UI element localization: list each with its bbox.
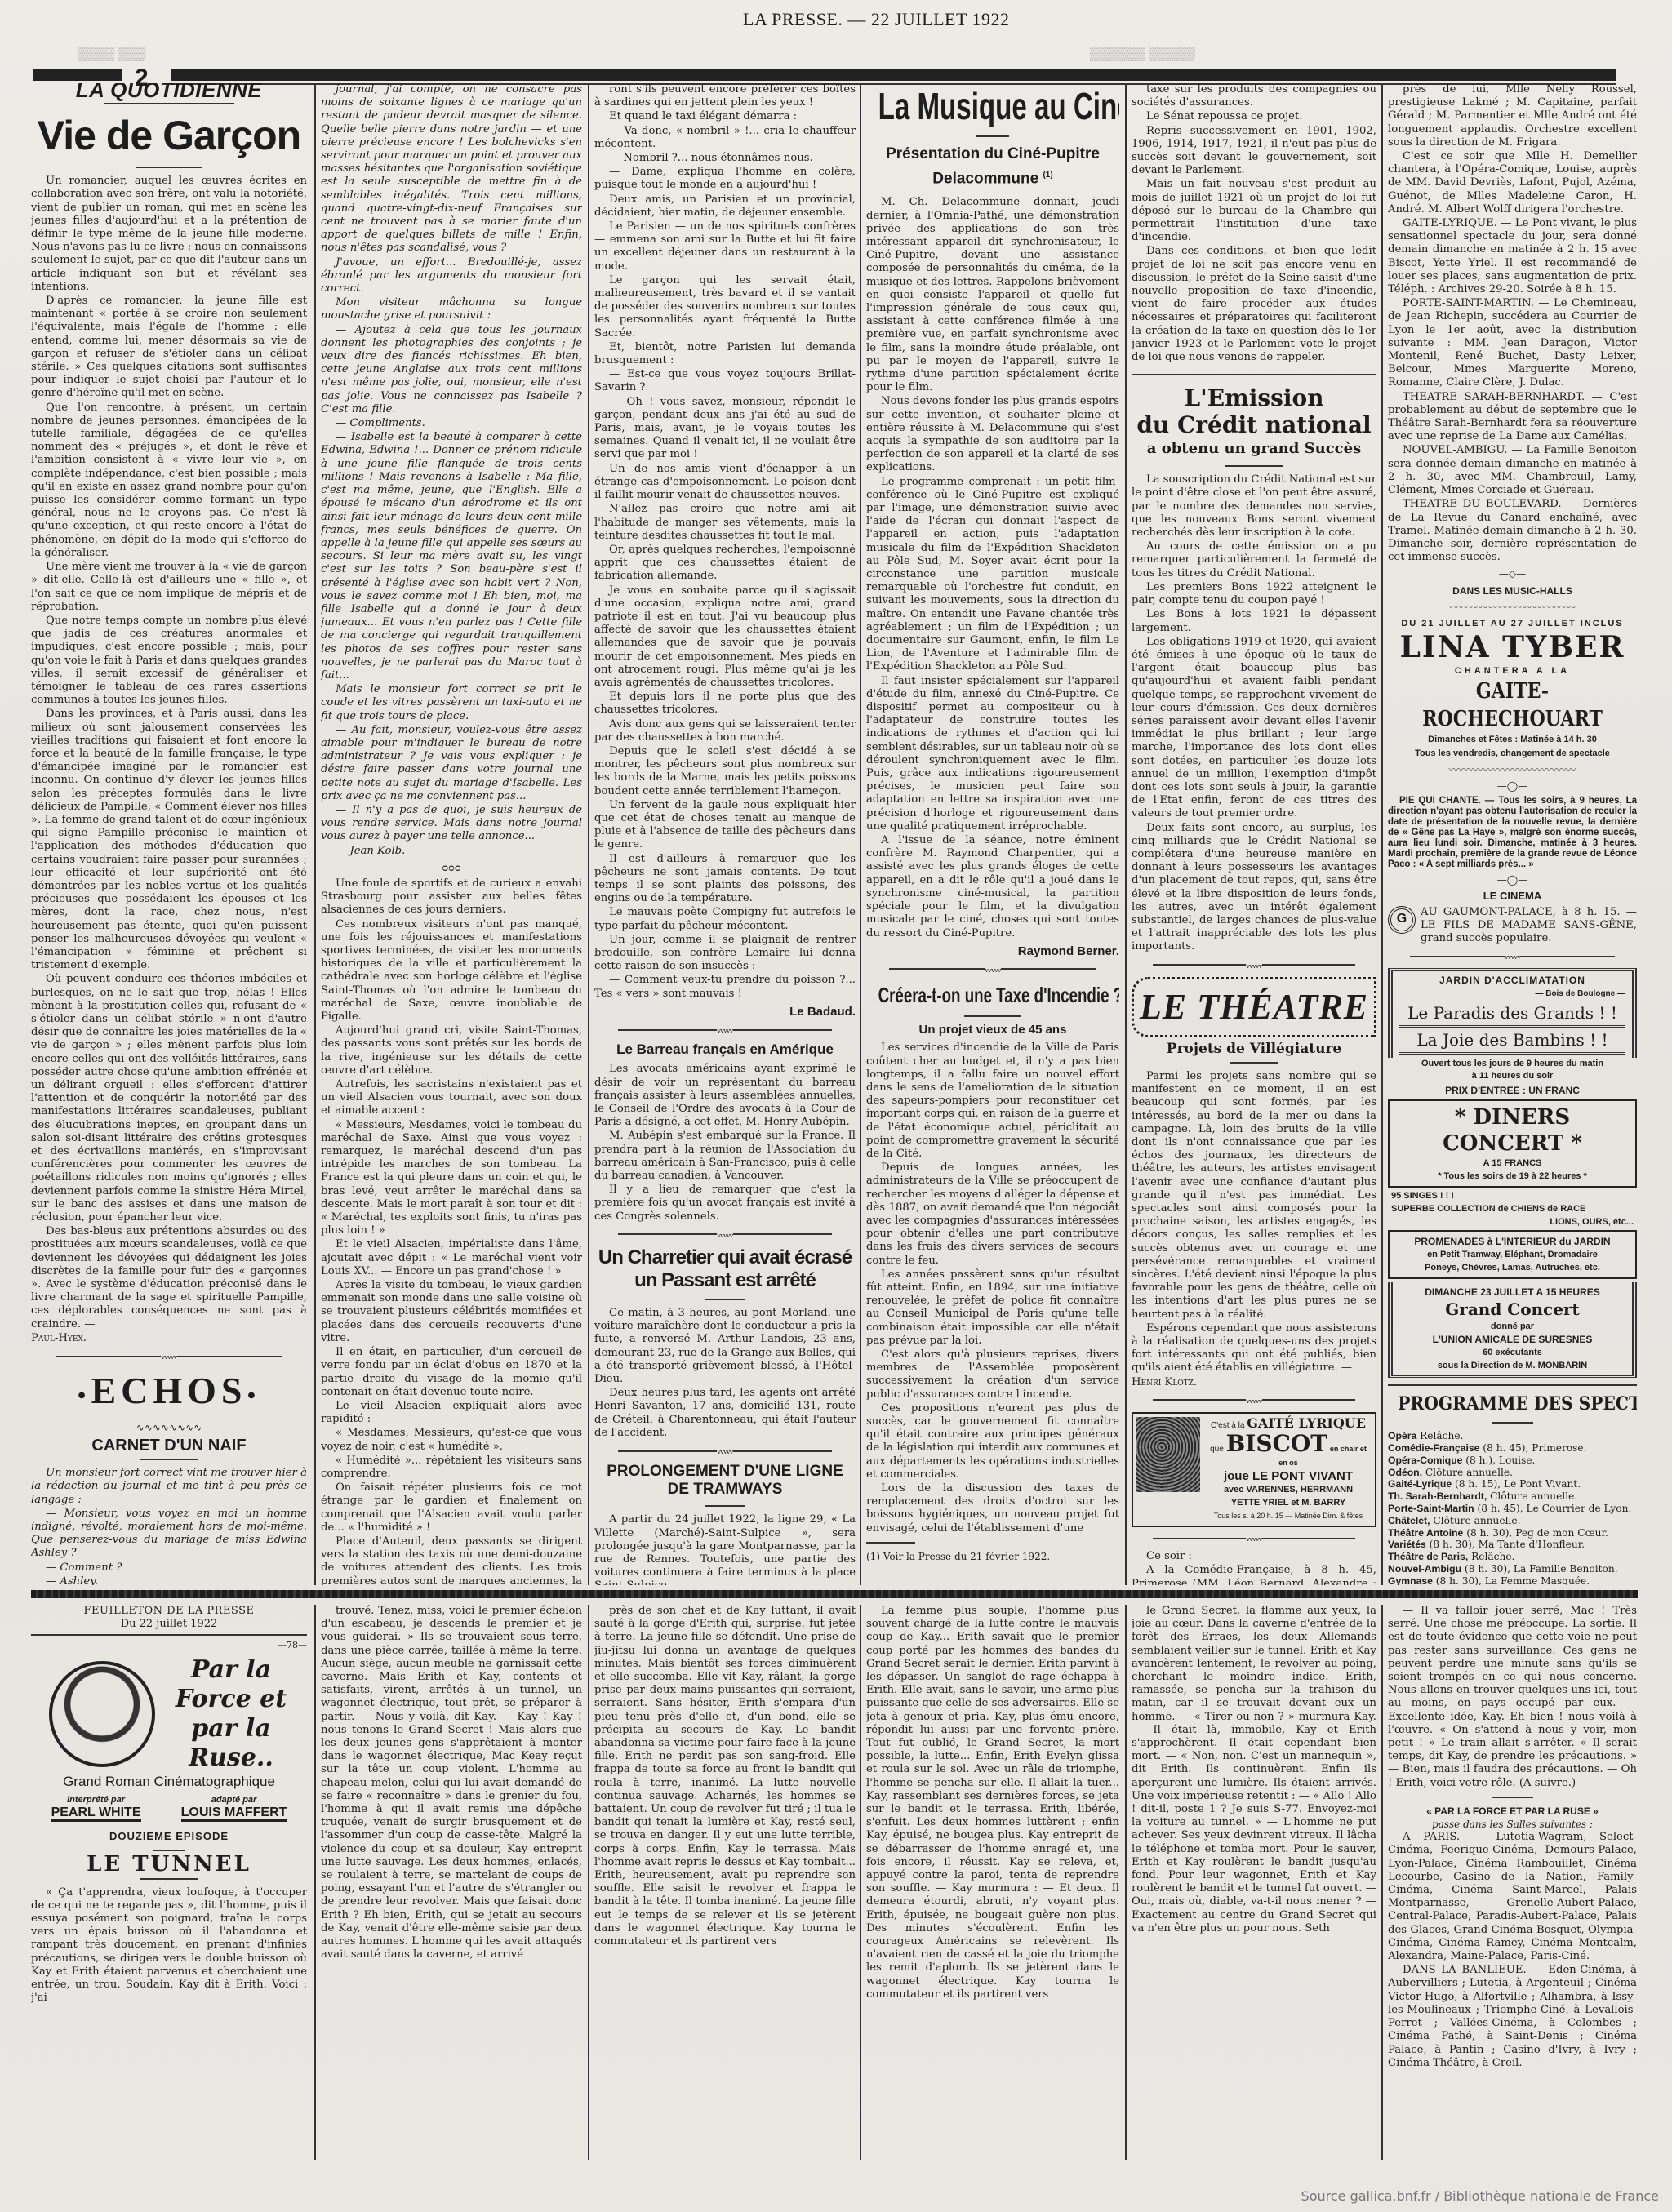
paragraph: Repris successivement en 1901, 1902, 190… <box>1132 125 1376 178</box>
column-4: La Musique au Cinéma Présentation du Cin… <box>866 83 1119 1585</box>
programme-info: (8 h. 30), Ma Tante d'Honfleur. <box>1426 1539 1585 1550</box>
programme-venue: Th. Sarah-Bernhardt, <box>1388 1490 1487 1502</box>
programme-info: (8 h. 45), Le Courrier de Lyon. <box>1474 1503 1632 1514</box>
newspaper-page: 2 LA PRESSE. — 22 JUILLET 1922 ▒▒▒▒ ▒▒▒ … <box>0 0 1672 2212</box>
programme-list: Opéra Relâche.Comédie-Française (8 h. 45… <box>1388 1430 1637 1585</box>
grand-concert-box: DIMANCHE 23 JUILLET A 15 HEURES Grand Co… <box>1388 1282 1637 1378</box>
echos-subtitle: CARNET D'UN NAIF <box>31 1439 307 1452</box>
paragraph: Ce matin, à 3 heures, au pont Morland, u… <box>594 1307 856 1386</box>
paragraph: D'après ce romancier, la jeune fille est… <box>31 295 307 401</box>
paragraph: M. Aubépin s'est embarqué sur la France.… <box>594 1130 856 1183</box>
ornament-divider: ᵥᵥᵥᵥᵥ <box>31 1350 307 1363</box>
section-rule <box>1132 374 1376 375</box>
programme-venue: Comédie-Française <box>1388 1442 1479 1454</box>
concert-title: Grand Concert <box>1396 1299 1629 1320</box>
paragraph: Mon visiteur mâchonna sa longue moustach… <box>321 296 582 322</box>
column-divider <box>588 83 589 1585</box>
paragraph: GAITE-LYRIQUE. — Le Pont vivant, le plus… <box>1388 217 1637 296</box>
ce-soir-listings: Ce soir :A la Comédie-Française, à 8 h. … <box>1132 1550 1376 1585</box>
paragraph: — Oh ! vous savez, monsieur, répondit le… <box>594 396 856 462</box>
title-underline <box>1225 465 1283 467</box>
theatre-news: près de lui, Mlle Nelly Roussel, prestig… <box>1388 83 1637 564</box>
column-2: journal, j'ai compté, on ne consacre pas… <box>321 83 582 1585</box>
programme-entry: Odéon, Clôture annuelle. <box>1388 1467 1637 1479</box>
paragraph: — Comment ? <box>31 1561 307 1575</box>
subtitle-text: Présentation du Ciné-Pupitre Delacommune <box>886 145 1100 187</box>
ornament-divider: ᵥᵥᵥᵥᵥ <box>1132 1394 1376 1407</box>
paragraph: Un de nos amis vient d'échapper à un étr… <box>594 463 856 503</box>
paragraph: Et le vieil Alsacien, impérialiste dans … <box>321 1238 582 1278</box>
paragraph: — Au fait, monsieur, voulez-vous être as… <box>321 724 582 803</box>
ad-title: JARDIN D'ACCLIMATATION <box>1399 974 1625 987</box>
paragraph: — Monsieur, vous voyez en moi un homme i… <box>31 1508 307 1561</box>
credit-label: adapté par <box>181 1793 287 1806</box>
article-subtitle-credit: a obtenu un grand Succès <box>1132 439 1376 459</box>
promenades-line: en Petit Tramway, Eléphant, Dromadaire <box>1393 1248 1632 1261</box>
echos-column-3: ront s'ils peuvent encore préférer ces b… <box>594 83 856 1001</box>
paragraph: Il est d'ailleurs à remarquer que les pê… <box>594 853 856 906</box>
paragraph: Dans ces conditions, et bien que ledit p… <box>1132 245 1376 364</box>
title-underline <box>140 1878 198 1880</box>
paragraph: Et quand le taxi élégant démarra : <box>594 110 856 123</box>
programme-entry: Opéra-Comique (8 h.), Louise. <box>1388 1455 1637 1467</box>
paragraph: Il en était, en particulier, d'un cercue… <box>321 1346 582 1399</box>
ad-venue: GAITÉ LYRIQUE <box>1247 1415 1366 1431</box>
ad-slogan: Le Paradis des Grands ! ! <box>1399 1001 1625 1028</box>
feuilleton-title-line-1: Par la Force et <box>155 1655 307 1714</box>
feuilleton-column-1: FEUILLETON DE LA PRESSE Du 22 juillet 19… <box>31 1605 307 2176</box>
library-stamp-right: ▒▒▒▒▒▒ ▒▒▒▒▒ <box>1090 47 1195 62</box>
paragraph: Ces propositions n'eurent pas plus de su… <box>866 1402 1119 1481</box>
article-title-charretier: Un Charretier qui avait écrasé un Passan… <box>594 1246 856 1292</box>
paragraph: Le vieil Alsacien expliquait alors avec … <box>321 1400 582 1426</box>
paragraph: taxe sur les produits des compagnies ou … <box>1132 83 1376 109</box>
feuilleton-column-3: près de son chef et de Kay luttant, il a… <box>594 1605 856 2160</box>
ad-text: joue <box>1224 1469 1249 1483</box>
paragraph: — Dame, expliqua l'homme en colère, puis… <box>594 166 856 192</box>
cinema-text: AU GAUMONT-PALACE, à 8 h. 15. — LE FILS … <box>1421 906 1637 944</box>
subtitle-underline <box>140 1459 198 1460</box>
paragraph: On faisait répéter plusieurs fois ce mot… <box>321 1481 582 1535</box>
promenades-box: PROMENADES à L'INTERIEUR du JARDIN en Pe… <box>1388 1230 1637 1279</box>
paragraph: Place d'Auteuil, deux passants se dirige… <box>321 1535 582 1585</box>
notice-lead: PIE QUI CHANTE. <box>1399 796 1481 806</box>
programme-venue: Châtelet, <box>1388 1515 1430 1526</box>
article-author: Paul-Hyex. <box>31 1332 307 1345</box>
programme-info: Clôture annuelle. <box>1430 1515 1520 1526</box>
paragraph: Dans les provinces, et à Paris aussi, da… <box>31 708 307 972</box>
paragraph: Un jour, comme il se plaignait de rentre… <box>594 934 856 974</box>
adapter-name: LOUIS MAFFERT <box>181 1806 287 1822</box>
paragraph: Le programme comprenait : un petit film-… <box>866 476 1119 674</box>
paragraph: — Il n'y a pas de quoi, je suis heureux … <box>321 804 582 844</box>
feuilleton-date: Du 22 juillet 1922 <box>31 1618 307 1631</box>
feuilleton-column-5: le Grand Secret, la flamme aux yeux, la … <box>1132 1605 1376 2160</box>
episode-title: LE TUNNEL <box>31 1858 307 1871</box>
paragraph: — Va donc, « nombril » !... cria le chau… <box>594 125 856 151</box>
article-title-tramways: PROLONGEMENT D'UNE LIGNE DE TRAMWAYS <box>594 1463 856 1499</box>
paragraph: Deux amis, un Parisien et un provincial,… <box>594 193 856 220</box>
feuilleton-genre: Grand Roman Cinématographique <box>31 1775 307 1788</box>
paragraph: N'allez pas croire que notre ami ait l'h… <box>594 503 856 543</box>
programme-entry: Opéra Relâche. <box>1388 1430 1637 1442</box>
paragraph: — Jean Kolb. <box>321 845 582 858</box>
ad-show: LE PONT VIVANT <box>1252 1469 1353 1483</box>
diners-title: * DINERS CONCERT * <box>1393 1104 1632 1157</box>
paragraph: Le garçon qui les servait était, malheur… <box>594 274 856 340</box>
paragraph: La souscription du Crédit National est s… <box>1132 473 1376 540</box>
paragraph: A la Comédie-Française, à 8 h. 45, Prime… <box>1132 1564 1376 1585</box>
programme-info: (8 h. 30), Peg de mon Cœur. <box>1463 1527 1608 1539</box>
column-divider <box>314 1605 316 2160</box>
title-underline <box>136 167 202 168</box>
cinema-title: LE CINEMA <box>1388 890 1637 903</box>
le-theatre-banner: LE THÉATRE <box>1132 977 1376 1037</box>
article-subtitle-taxe: Un projet vieux de 45 ans <box>866 1024 1119 1037</box>
biscot-advertisement: C'est à la GAITÉ LYRIQUE que BISCOT en c… <box>1132 1412 1376 1527</box>
jardin-acclimatation-advertisement: JARDIN D'ACCLIMATATION — Bois de Boulogn… <box>1388 968 1637 1057</box>
ad-line: SUPERBE COLLECTION de CHIENS de RACE <box>1391 1202 1634 1215</box>
paragraph: « Mesdames, Messieurs, qu'est-ce que vou… <box>321 1427 582 1453</box>
paragraph: — Isabelle est la beauté à comparer à ce… <box>321 431 582 682</box>
paragraph: NOUVEL-AMBIGU. — La Famille Benoiton ser… <box>1388 444 1637 497</box>
paragraph: journal, j'ai compté, on ne consacre pas… <box>321 83 582 255</box>
ruse-banlieue-list: DANS LA BANLIEUE. — Eden-Cinéma, à Auber… <box>1388 1964 1637 2070</box>
paragraph: Les Bons à lots 1921 le dépassent largem… <box>1132 608 1376 634</box>
concert-date: DIMANCHE 23 JUILLET A 15 HEURES <box>1396 1286 1629 1299</box>
ad-cast: YETTE YRIEL et M. BARRY <box>1205 1496 1372 1509</box>
footnote: (1) Voir la Presse du 21 février 1922. <box>866 1550 1119 1563</box>
article-body-musique-cinema: M. Ch. Delacommune donnait, jeudi dernie… <box>866 196 1119 939</box>
ornament-divider: ᵥᵥᵥᵥᵥ <box>1132 959 1376 972</box>
article-subtitle-cine-pupitre: Présentation du Ciné-Pupitre Delacommune… <box>866 144 1119 189</box>
ad-star: BISCOT <box>1226 1430 1328 1457</box>
article-body-vie-de-garcon: Un romancier, auquel les œuvres écrites … <box>31 175 307 1331</box>
feuilleton-column-2: trouvé. Tenez, miss, voici le premier éc… <box>321 1605 582 2160</box>
paragraph: C'est ce soir que Mlle H. Demellier chan… <box>1388 150 1637 216</box>
paragraph: Un monsieur fort correct vint me trouver… <box>31 1467 307 1507</box>
feuilleton-text: La femme plus souple, l'homme plus souve… <box>866 1605 1119 2001</box>
theatre-author: Henri Klotz. <box>1132 1376 1376 1389</box>
feuilleton-number: —78— <box>31 1639 307 1652</box>
wave-ornament: ∿∿∿∿∿∿∿∿ <box>31 1421 307 1434</box>
paragraph: Les obligations 1919 et 1920, qui avaien… <box>1132 636 1376 821</box>
diners-price: A 15 FRANCS <box>1393 1157 1632 1170</box>
programme-entry: Châtelet, Clôture annuelle. <box>1388 1515 1637 1527</box>
paragraph: Une mère vient me trouver à la « vie de … <box>31 561 307 614</box>
paragraph: Il y a lieu de remarquer que c'est la pr… <box>594 1184 856 1224</box>
paragraph: Parmi les projets sans nombre qui se man… <box>1132 1070 1376 1321</box>
diners-hours-text: Tous les soirs de 19 à 22 heures <box>1444 1171 1581 1181</box>
paragraph: Les services d'incendie de la Ville de P… <box>866 1042 1119 1161</box>
paragraph: PORTE-SAINT-MARTIN. — Le Chemineau, de J… <box>1388 297 1637 389</box>
paragraph: Des bas-bleus aux prétentions absurdes o… <box>31 1225 307 1331</box>
biscot-photo <box>1136 1417 1200 1492</box>
programme-entry: Nouvel-Ambigu (8 h. 30), La Famille Beno… <box>1388 1563 1637 1575</box>
signature-raymond-berner: Raymond Berner. <box>866 945 1119 958</box>
title-underline <box>705 1505 745 1507</box>
programme-entry: Théâtre de Paris, Relâche. <box>1388 1551 1637 1563</box>
paragraph: Depuis que le soleil s'est décidé à se m… <box>594 745 856 798</box>
paragraph: Autrefois, les sacristains n'existaient … <box>321 1078 582 1118</box>
paragraph: Espérons cependant que nous assisterons … <box>1132 1322 1376 1375</box>
ornament-divider: ᵥᵥᵥᵥᵥ <box>594 1024 856 1037</box>
ornament-divider: ᵥᵥᵥᵥᵥ <box>594 1445 856 1458</box>
paragraph: Le mauvais poète Compigny fut autrefois … <box>594 906 856 932</box>
ruse-subtitle: passe dans les Salles suivantes : <box>1388 1818 1637 1831</box>
library-stamp-left: ▒▒▒▒ ▒▒▒ <box>78 47 145 62</box>
concert-director: sous la Direction de M. MONBARIN <box>1396 1359 1629 1372</box>
section-title-echos: ●ECHOS● <box>31 1368 307 1417</box>
feuilleton-column-4: La femme plus souple, l'homme plus souve… <box>866 1605 1119 2160</box>
article-title-barreau: Le Barreau français en Amérique <box>594 1043 856 1056</box>
article-title-vie-de-garcon: Vie de Garçon <box>31 111 307 160</box>
paragraph: Lors de la discussion des taxes de rempl… <box>866 1482 1119 1535</box>
paragraph: A partir du 24 juillet 1922, la ligne 29… <box>594 1513 856 1585</box>
promenades-line: Poneys, Chèvres, Lamas, Autruches, etc. <box>1393 1261 1632 1274</box>
column-divider <box>1125 83 1127 1585</box>
article-title-musique-cinema: La Musique au Cinéma <box>878 83 1108 129</box>
paragraph: Que l'on rencontre, à présent, un certai… <box>31 402 307 560</box>
paragraph: THEATRE DU BOULEVARD. — Dernières de La … <box>1388 498 1637 564</box>
programme-info: (8 h. 30), La Femme Masquée. <box>1433 1575 1590 1585</box>
title-underline <box>1230 1062 1278 1064</box>
programme-entry: Gymnase (8 h. 30), La Femme Masquée. <box>1388 1575 1637 1585</box>
echos-continued-italic: journal, j'ai compté, on ne consacre pas… <box>321 83 582 858</box>
column-divider <box>588 1605 589 2160</box>
paragraph: — Est-ce que vous voyez toujours Brillat… <box>594 368 856 394</box>
programme-entry: Théâtre Antoine (8 h. 30), Peg de mon Cœ… <box>1388 1527 1637 1539</box>
paragraph: C'est alors qu'à plusieurs reprises, div… <box>866 1348 1119 1401</box>
section-rule <box>1388 1384 1637 1386</box>
ruse-title: « PAR LA FORCE ET PAR LA RUSE » <box>1388 1805 1637 1818</box>
feuilleton-text: près de son chef et de Kay luttant, il a… <box>594 1605 856 1948</box>
paragraph: M. Ch. Delacommune donnait, jeudi dernie… <box>866 196 1119 394</box>
column-divider <box>1125 1605 1127 2160</box>
masthead-rule-right <box>171 69 1616 81</box>
paragraph: Que notre temps compte un nombre plus él… <box>31 615 307 707</box>
programme-venue: Gymnase <box>1388 1575 1433 1585</box>
paragraph: Un fervent de la gaule nous expliquait h… <box>594 799 856 852</box>
paragraph: Les avocats américains ayant exprimé le … <box>594 1063 856 1129</box>
paragraph: près de lui, Mlle Nelly Roussel, prestig… <box>1388 83 1637 149</box>
ad-schedule: Dimanches et Fêtes : Matinée à 14 h. 30 <box>1388 733 1637 746</box>
column-1: LA QUOTIDIENNE Vie de Garçon Un romancie… <box>31 83 307 1585</box>
feuilleton-column-6: — Il va falloir jouer serré, Mac ! Très … <box>1388 1605 1637 2160</box>
paragraph: Au cours de cette émission on a pu remar… <box>1132 540 1376 580</box>
programme-venue: Porte-Saint-Martin <box>1388 1503 1474 1514</box>
paragraph: Le Sénat repoussa ce projet. <box>1132 110 1376 123</box>
paragraph: Et, bientôt, notre Parisien lui demanda … <box>594 341 856 367</box>
programme-info: (8 h. 30), La Famille Benoiton. <box>1461 1563 1618 1575</box>
paragraph: — Comment veux-tu prendre du poisson ?..… <box>594 974 856 1000</box>
ad-hours: à 11 heures du soir <box>1388 1070 1637 1082</box>
column-5: taxe sur les produits des compagnies ou … <box>1132 83 1376 1585</box>
feuilleton-separator <box>31 1590 1638 1598</box>
programme-entry: Variétés (8 h. 30), Ma Tante d'Honfleur. <box>1388 1539 1637 1551</box>
paragraph: Le Parisien — un de nos spirituels confr… <box>594 220 856 273</box>
ornament-divider: ᵥᵥᵥᵥᵥ <box>1388 950 1637 963</box>
article-body-taxe-incendie: Les services d'incendie de la Ville de P… <box>866 1042 1119 1535</box>
diners-concert-box: * DINERS CONCERT * A 15 FRANCS * Tous le… <box>1388 1099 1637 1188</box>
ad-hours: Ouvert tous les jours de 9 heures du mat… <box>1388 1058 1637 1070</box>
paragraph: Mais le monsieur fort correct se prit le… <box>321 683 582 723</box>
concert-org: L'UNION AMICALE DE SURESNES <box>1396 1333 1629 1346</box>
article-title-credit-national-2: du Crédit national <box>1132 411 1376 439</box>
echos-continued: Une foule de sportifs et de curieux a en… <box>321 877 582 1585</box>
programme-venue: Nouvel-Ambigu <box>1388 1563 1461 1575</box>
feuilleton-title-block: Par la Force et par la Ruse.. <box>31 1653 307 1775</box>
paragraph: J'avoue, un effort... Bredouillé-je, ass… <box>321 256 582 296</box>
paragraph: Je vous en souhaite parce qu'il s'agissa… <box>594 584 856 691</box>
ad-subtitle: — Bois de Boulogne — <box>1399 988 1625 1001</box>
paragraph: Or, après quelques recherches, l'empoiso… <box>594 544 856 584</box>
ad-price: PRIX D'ENTREE : UN FRANC <box>1388 1085 1637 1097</box>
concert-by: donné par <box>1396 1320 1629 1333</box>
masthead: 2 LA PRESSE. — 22 JUILLET 1922 <box>33 45 1616 86</box>
article-body-credit-national: La souscription du Crédit National est s… <box>1132 473 1376 953</box>
ruse-paris-list: A PARIS. — Lutetia-Wagram, Select-Cinéma… <box>1388 1831 1637 1963</box>
article-body-charretier: Ce matin, à 3 heures, au pont Morland, u… <box>594 1307 856 1440</box>
diners-hours: * Tous les soirs de 19 à 22 heures * <box>1393 1170 1632 1183</box>
kicker-underline <box>104 103 234 104</box>
paragraph: — Compliments. <box>321 417 582 430</box>
ornament-divider: ᵥᵥᵥᵥᵥ <box>1132 1532 1376 1545</box>
lina-tyber-advertisement: DU 21 JUILLET AU 27 JUILLET INCLUS LINA … <box>1388 617 1637 760</box>
diners-title-text: DINERS CONCERT <box>1443 1105 1570 1156</box>
paragraph: Deux heures plus tard, les agents ont ar… <box>594 1387 856 1440</box>
section-kicker: LA QUOTIDIENNE <box>31 83 307 96</box>
programme-title: PROGRAMME DES SPECTACLES <box>1398 1392 1627 1415</box>
feuilleton-text: trouvé. Tenez, miss, voici le premier éc… <box>321 1605 582 1961</box>
programme-info: Relâche. <box>1468 1551 1514 1562</box>
paragraph: Où peuvent conduire ces théories imbécil… <box>31 973 307 1224</box>
programme-venue: Odéon, <box>1388 1467 1422 1478</box>
paragraph: ront s'ils peuvent encore préférer ces b… <box>594 83 856 109</box>
taxe-incendie-continued: taxe sur les produits des compagnies ou … <box>1132 83 1376 364</box>
gaumont-logo-icon: G <box>1388 906 1416 934</box>
ad-schedule: Tous les s. à 20 h. 15 — Matinée Dim. & … <box>1205 1509 1372 1522</box>
column-6: près de lui, Mlle Nelly Roussel, prestig… <box>1388 83 1637 1585</box>
programme-info: (8 h. 15), Le Pont Vivant. <box>1452 1478 1581 1490</box>
ad-slogan: La Joie des Bambins ! ! <box>1399 1028 1625 1055</box>
echos-title-text: ECHOS <box>91 1370 247 1411</box>
ad-dates: DU 21 JUILLET AU 27 JUILLET INCLUS <box>1388 617 1637 630</box>
echos-body: Un monsieur fort correct vint me trouver… <box>31 1467 307 1585</box>
column-divider <box>1381 83 1383 1585</box>
ad-text: C'est à la <box>1211 1421 1244 1430</box>
small-ornament: —◇— <box>1388 567 1637 580</box>
paragraph: Avis donc aux gens qui se laisseraient t… <box>594 718 856 744</box>
programme-info: Relâche. <box>1416 1430 1463 1441</box>
paragraph: A l'issue de la séance, notre éminent co… <box>866 834 1119 940</box>
paragraph: Un romancier, auquel les œuvres écrites … <box>31 175 307 294</box>
ad-text: que <box>1210 1445 1224 1454</box>
wave-ornament: 〰〰〰〰〰〰〰〰〰〰〰〰〰 <box>1388 601 1637 614</box>
article-body-tramways: A partir du 24 juillet 1922, la ligne 29… <box>594 1513 856 1585</box>
paragraph: Deux faits sont encore, au surplus, les … <box>1132 822 1376 954</box>
paragraph: Une foule de sportifs et de curieux a en… <box>321 877 582 917</box>
wave-ornament: 〰〰〰〰〰〰〰〰〰〰〰〰〰 <box>1388 763 1637 776</box>
paragraph: — Ajoutez à cela que tous les journaux d… <box>321 324 582 416</box>
feuilleton-title-line-2: par la Ruse.. <box>155 1714 307 1773</box>
small-ornament: —◯— <box>1388 873 1637 886</box>
paragraph: — Nombril ?... nous étonnâmes-nous. <box>594 152 856 165</box>
programme-entry: Porte-Saint-Martin (8 h. 45), Le Courrie… <box>1388 1503 1637 1515</box>
paragraph: « Messieurs, Mesdames, voici le tombeau … <box>321 1119 582 1238</box>
episode-number: DOUZIEME EPISODE <box>31 1830 307 1843</box>
ad-line: LIONS, OURS, etc... <box>1391 1215 1634 1228</box>
ornament-divider: ᵥᵥᵥᵥᵥ <box>594 1228 856 1241</box>
column-divider <box>314 83 316 1585</box>
programme-entry: Th. Sarah-Bernhardt, Clôture annuelle. <box>1388 1490 1637 1503</box>
ad-venue: GAITE-ROCHECHOUART <box>1407 677 1618 733</box>
ad-schedule: Tous les vendredis, changement de specta… <box>1388 747 1637 760</box>
title-underline <box>964 1015 1021 1017</box>
column-divider <box>1381 1605 1383 2160</box>
programme-venue: Opéra <box>1388 1430 1416 1441</box>
ad-text: CHANTERA A LA <box>1388 664 1637 677</box>
notice-text: — Tous les soirs, à 9 heures, La directi… <box>1388 796 1637 869</box>
paragraph: Après la visite du tombeau, le vieux gar… <box>321 1279 582 1345</box>
title-underline <box>976 135 1009 137</box>
article-body-barreau: Les avocats américains ayant exprimé le … <box>594 1063 856 1223</box>
article-body-theatre: Parmi les projets sans nombre qui se man… <box>1132 1070 1376 1375</box>
programme-entry: Gaité-Lyrique (8 h. 15), Le Pont Vivant. <box>1388 1478 1637 1490</box>
programme-info: (8 h.), Louise. <box>1462 1455 1535 1466</box>
ad-line: 95 SINGES ! ! ! <box>1391 1189 1634 1202</box>
programme-venue: Théâtre Antoine <box>1388 1527 1463 1539</box>
feuilleton-text: — Il va falloir jouer serré, Mac ! Très … <box>1388 1605 1637 1790</box>
column-divider <box>860 83 861 1585</box>
paragraph: THEATRE SARAH-BERNHARDT. — C'est probabl… <box>1388 391 1637 444</box>
column-3: ront s'ils peuvent encore préférer ces b… <box>594 83 856 1585</box>
cinema-notice: G AU GAUMONT-PALACE, à 8 h. 15. — LE FIL… <box>1388 906 1637 946</box>
paragraph: Les années passèrent sans qu'un résultat… <box>866 1268 1119 1348</box>
ad-cast: avec VARENNES, HERRMANN <box>1205 1483 1372 1496</box>
footnote-mark: (1) <box>1043 171 1052 180</box>
feuilleton-header: FEUILLETON DE LA PRESSE <box>31 1605 307 1618</box>
paragraph: Et depuis lors il ne porte plus que des … <box>594 691 856 717</box>
paragraph: Aujourd'hui grand cri, visite Saint-Thom… <box>321 1024 582 1077</box>
credit-label: interprété par <box>51 1793 141 1806</box>
programme-entry: Comédie-Française (8 h. 45), Primerose. <box>1388 1442 1637 1455</box>
paragraph: Nous devons fonder les plus grands espoi… <box>866 395 1119 474</box>
programme-info: (8 h. 45), Primerose. <box>1479 1442 1586 1454</box>
programme-venue: Opéra-Comique <box>1388 1455 1462 1466</box>
concert-count: 60 exécutants <box>1396 1346 1629 1359</box>
paragraph: Il faut insister spécialement sur l'appa… <box>866 675 1119 833</box>
article-title-taxe-incendie: Créera-t-on une Taxe d'Incendie ? <box>878 981 1108 1009</box>
programme-info: Clôture annuelle. <box>1422 1467 1513 1478</box>
signature-le-badaud: Le Badaud. <box>594 1006 856 1019</box>
pearl-white-portrait-icon <box>49 1661 155 1767</box>
header-rule <box>31 1634 307 1636</box>
programme-venue: Variétés <box>1388 1539 1426 1550</box>
source-credit: Source gallica.bnf.fr / Bibliothèque nat… <box>1301 2188 1659 2204</box>
paragraph: Mais un fait nouveau s'est produit au mo… <box>1132 178 1376 244</box>
paragraph: Depuis de longues années, les administra… <box>866 1162 1119 1268</box>
programme-venue: Gaité-Lyrique <box>1388 1478 1452 1490</box>
newspaper-title-date: LA PRESSE. — 22 JUILLET 1922 <box>743 9 1010 30</box>
footnote-rule <box>866 1542 915 1544</box>
theatre-subtitle: Projets de Villégiature <box>1132 1042 1376 1055</box>
actor-name: PEARL WHITE <box>51 1806 141 1822</box>
ad-artist-name: LINA TYBER <box>1388 630 1637 664</box>
small-ornament: —◯— <box>1388 780 1637 793</box>
le-theatre-title: LE THÉATRE <box>1134 986 1374 1028</box>
section-rule <box>1492 1797 1533 1798</box>
